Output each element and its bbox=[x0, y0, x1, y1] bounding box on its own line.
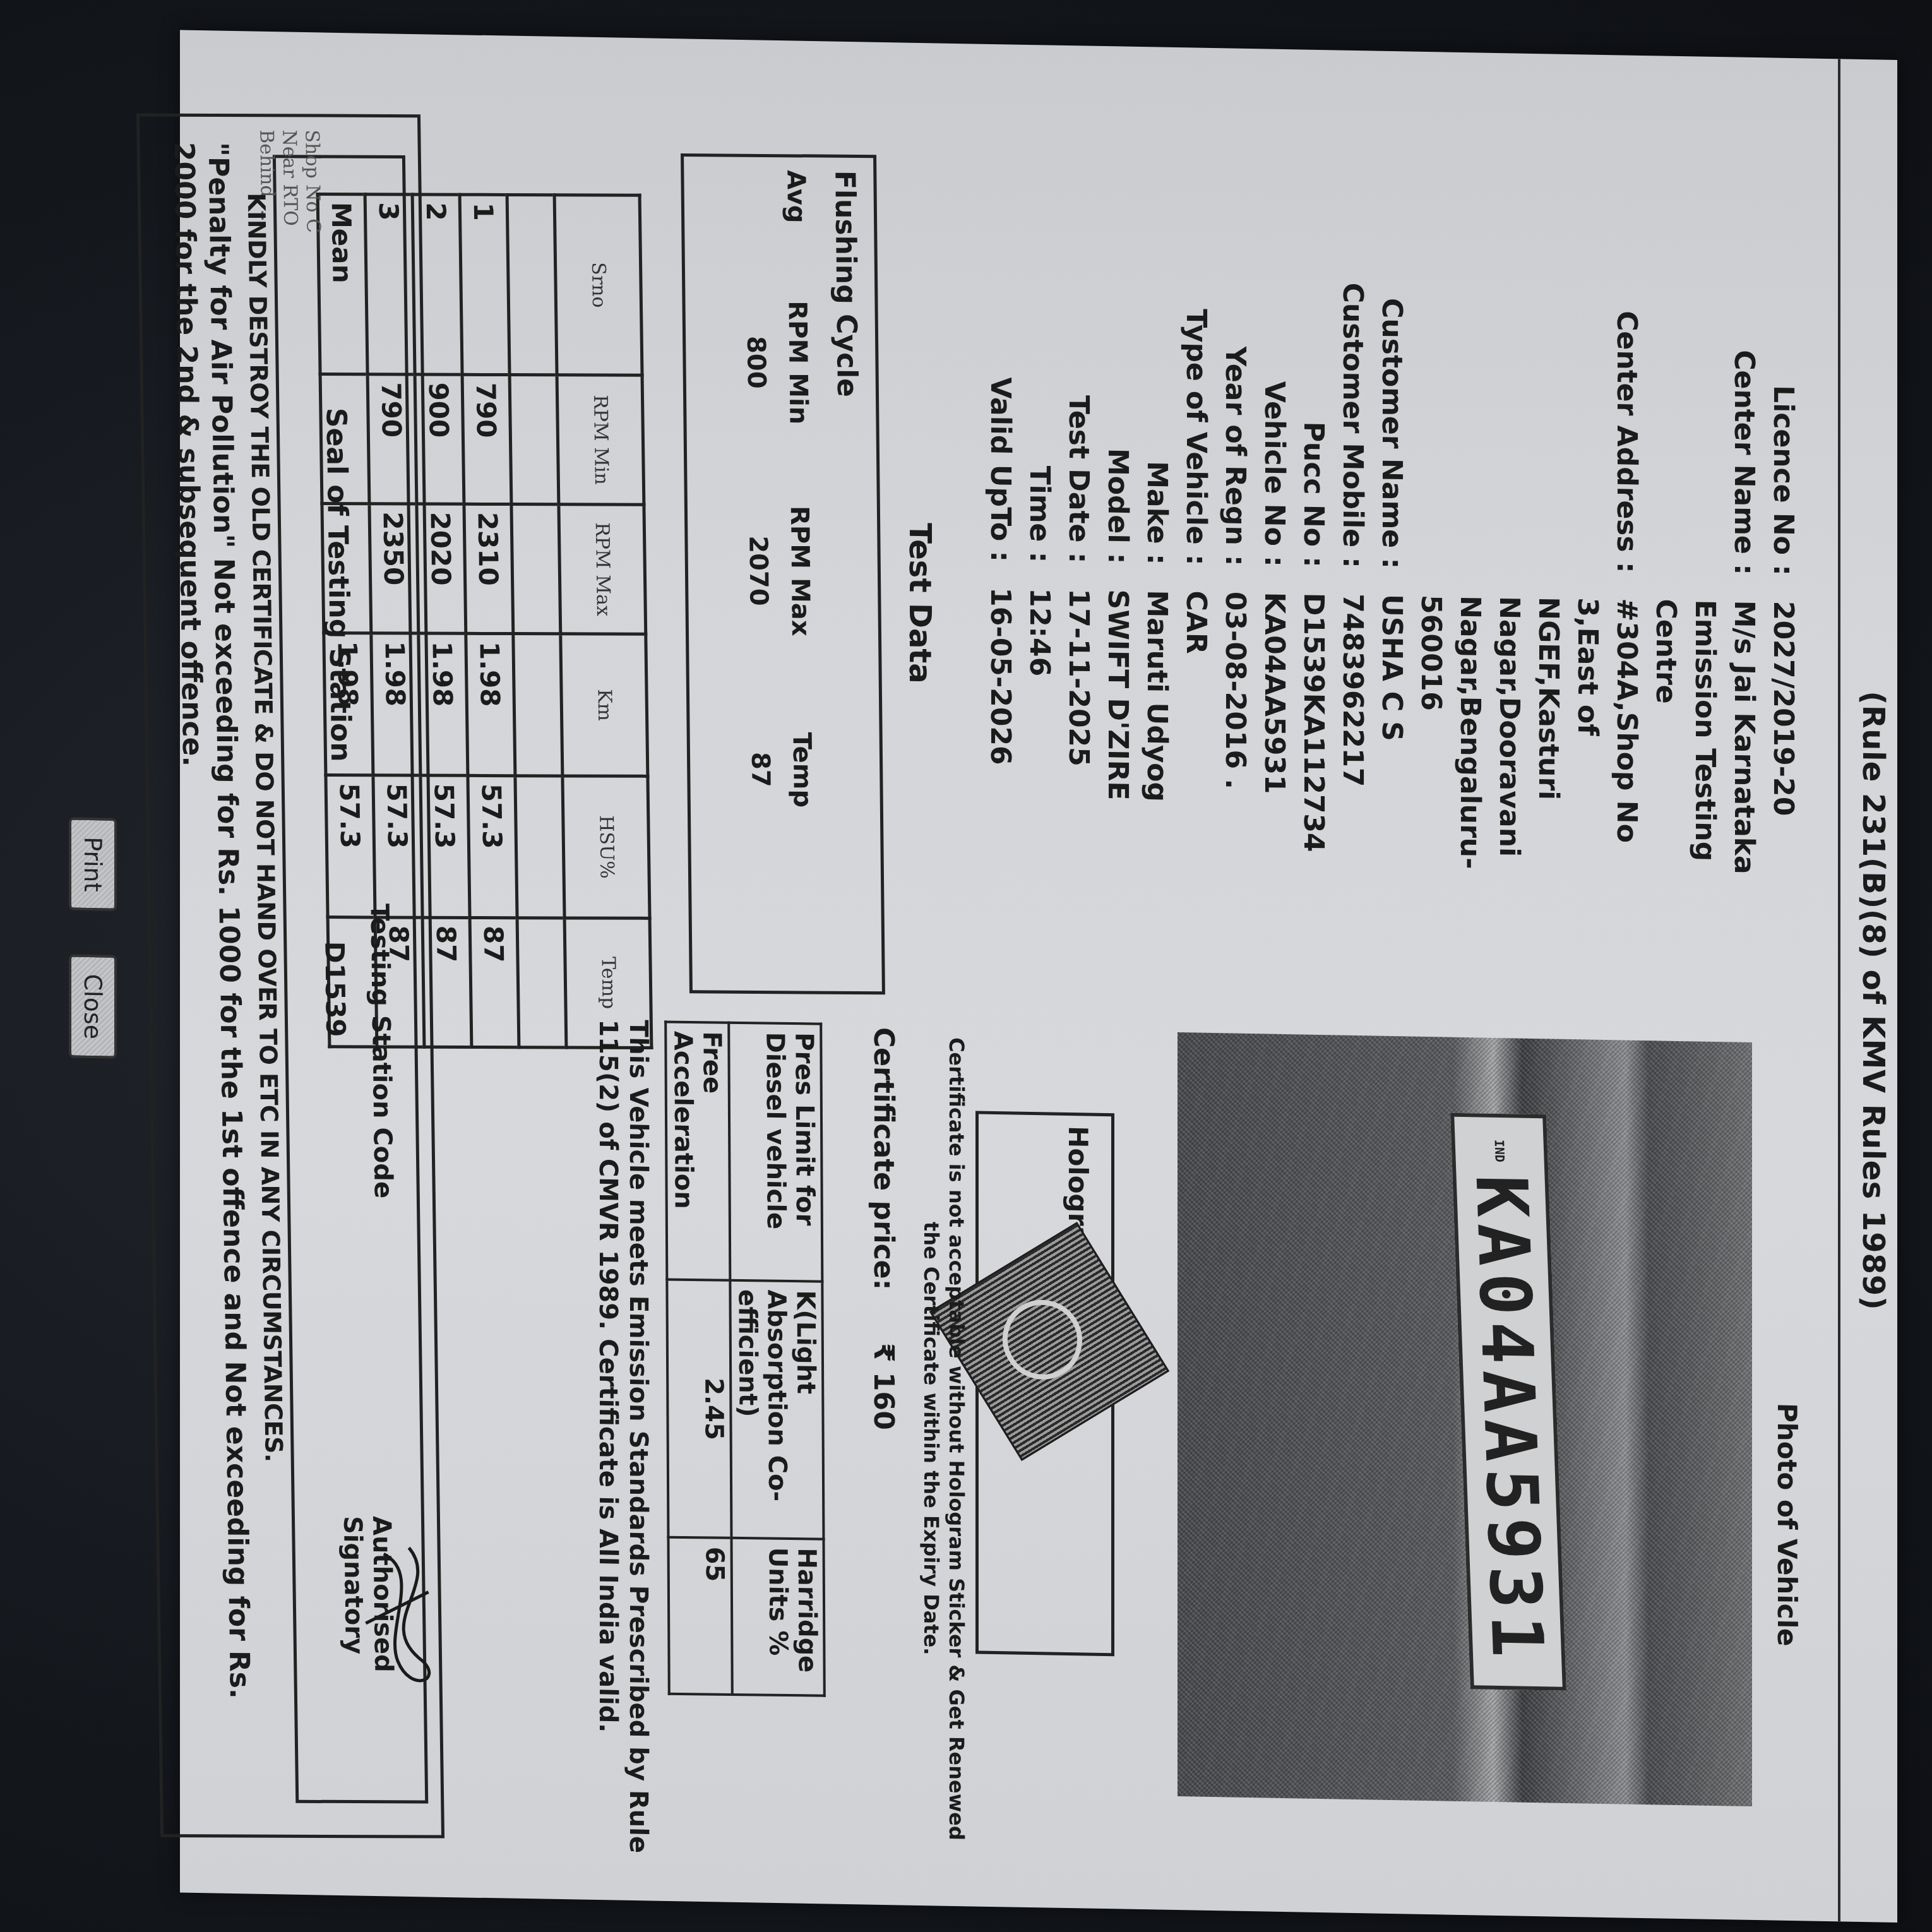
limits-cell: 65 bbox=[668, 1537, 732, 1695]
field-make: Make : Maruti Udyog bbox=[1137, 148, 1176, 1159]
field-pucc-no: Pucc No : D1539KA112734 bbox=[1294, 150, 1333, 1161]
readings-cell bbox=[515, 776, 564, 918]
station-code-label: Testing Station Code bbox=[364, 903, 398, 1198]
hologram-notice: Certificate is not acceptable without Ho… bbox=[919, 1028, 969, 1849]
field-label: Valid UpTo : bbox=[981, 145, 1020, 588]
limits-cell: K(Light Absorption Co-efficient) bbox=[730, 1280, 823, 1539]
readings-cell: 790 bbox=[462, 374, 511, 504]
field-label: Vehicle No : bbox=[1255, 150, 1294, 592]
field-label: Customer Mobile : bbox=[1333, 151, 1372, 593]
field-value: SWIFT D'ZIRE bbox=[1098, 589, 1137, 1158]
top-rule bbox=[1838, 59, 1840, 1921]
readings-cell: 1.98 bbox=[466, 633, 515, 775]
field-label: Make : bbox=[1137, 148, 1176, 590]
certificate-info: Licence No : 2027/2019-20 Center Name : … bbox=[981, 145, 1803, 1170]
readings-cell bbox=[513, 634, 563, 776]
field-test-date: Test Date : 17-11-2025 bbox=[1059, 146, 1098, 1157]
field-label: Licence No : bbox=[1763, 158, 1803, 601]
hologram-sticker-box: Hologram Sticker bbox=[975, 1111, 1114, 1657]
certificate-price: Certificate price: ₹ 160 bbox=[868, 1027, 900, 1431]
diesel-limits-table: Pres Limit for Diesel vehicle K(Light Ab… bbox=[664, 1021, 826, 1697]
station-code: D1539 bbox=[319, 941, 351, 1037]
price-label: Certificate price: bbox=[868, 1027, 900, 1331]
signature-box: Testing Station Code D1539 Authorised Si… bbox=[273, 155, 428, 1803]
col-header: Srno bbox=[554, 195, 642, 376]
flushing-cycle-box: Flushing Cycle Avg RPM Min RPM Max Temp … bbox=[681, 153, 885, 994]
readings-cell: 57.3 bbox=[468, 775, 517, 917]
field-label: Type of Vehicle : bbox=[1176, 148, 1215, 591]
field-value: 17-11-2025 bbox=[1059, 588, 1098, 1157]
compliance-note: This Vehicle meets Emission Standards Pr… bbox=[593, 1019, 653, 1854]
footer-box: Testing Station Code D1539 Authorised Si… bbox=[136, 114, 444, 1839]
field-type-of-vehicle: Type of Vehicle : CAR bbox=[1176, 148, 1215, 1159]
signature-icon bbox=[358, 1535, 449, 1700]
readings-cell bbox=[507, 195, 557, 375]
col-header: HSU% bbox=[563, 776, 650, 919]
field-label: Pucc No : bbox=[1294, 150, 1333, 593]
readings-cell: 1 bbox=[460, 194, 510, 374]
field-value: M/s Jai Karnataka Emission Testing Centr… bbox=[1646, 599, 1763, 948]
field-label: Center Address : bbox=[1411, 153, 1646, 599]
flush-value: 2070 bbox=[742, 467, 773, 675]
limits-row: Pres Limit for Diesel vehicle K(Light Ab… bbox=[729, 1023, 825, 1696]
field-vehicle-no: Vehicle No : KA04AA5931 bbox=[1255, 150, 1294, 1160]
field-time: Time : 12:46 bbox=[1020, 146, 1059, 1157]
readings-cell: 87 bbox=[470, 917, 519, 1047]
flush-header: RPM Min bbox=[782, 258, 813, 467]
flushing-cycle-title: Flushing Cycle bbox=[828, 170, 863, 398]
field-label: Time : bbox=[1020, 146, 1059, 588]
limits-row: Free Acceleration 2.45 65 bbox=[665, 1022, 732, 1695]
field-center-address: Center Address : #304A,Shop No 3,East of… bbox=[1411, 153, 1646, 883]
field-label: Customer Name : bbox=[1372, 152, 1411, 594]
vehicle-photo: IND KA04AA5931 bbox=[1178, 1032, 1752, 1806]
col-header: RPM Min bbox=[557, 375, 644, 505]
limits-cell: Pres Limit for Diesel vehicle bbox=[729, 1023, 822, 1282]
flush-value: 87 bbox=[745, 675, 776, 864]
flush-value bbox=[739, 170, 769, 258]
flush-value: 800 bbox=[741, 258, 772, 467]
field-value: Maruti Udyog bbox=[1137, 590, 1176, 1159]
field-model: Model : SWIFT D'ZIRE bbox=[1098, 147, 1137, 1158]
field-year-of-regn: Year of Regn : 03-08-2016 . bbox=[1215, 149, 1255, 1160]
field-value: 2027/2019-20 bbox=[1763, 600, 1803, 1169]
field-label: Year of Regn : bbox=[1215, 149, 1255, 592]
photo-title: Photo of Vehicle bbox=[1772, 1403, 1803, 1647]
field-label: Center Name : bbox=[1646, 157, 1763, 600]
field-valid-upto: Valid UpTo : 16-05-2026 bbox=[981, 145, 1020, 1156]
readings-header-row: Srno RPM Min RPM Max Km HSU% Temp bbox=[554, 195, 652, 1048]
flush-header: Temp bbox=[787, 675, 818, 864]
test-data-title: Test Data bbox=[902, 522, 938, 684]
field-center-name: Center Name : M/s Jai Karnataka Emission… bbox=[1646, 157, 1763, 948]
flush-header: RPM Max bbox=[784, 467, 815, 675]
field-value: #304A,Shop No 3,East of NGEF,Kasturi Nag… bbox=[1411, 595, 1646, 883]
seal-label: Seal of Testing Station bbox=[319, 408, 357, 762]
readings-cell bbox=[517, 918, 566, 1047]
readings-cell bbox=[510, 375, 559, 504]
readings-cell bbox=[511, 504, 561, 634]
field-value: 12:46 bbox=[1020, 588, 1059, 1157]
field-value: 16-05-2026 bbox=[981, 587, 1020, 1156]
penalty-text: "Penalty for Air Pollution" Not exceedin… bbox=[167, 142, 258, 1784]
limits-cell: Free Acceleration bbox=[665, 1022, 730, 1280]
field-customer-name: Customer Name : USHA C S bbox=[1372, 152, 1411, 1162]
price-value: ₹ 160 bbox=[868, 1330, 900, 1431]
flush-header: Avg bbox=[781, 170, 811, 258]
col-header: Km bbox=[561, 634, 648, 777]
close-button[interactable]: Close bbox=[69, 955, 117, 1059]
field-label: Test Date : bbox=[1059, 146, 1098, 589]
limits-cell: Harridge Units % bbox=[731, 1538, 824, 1696]
flushing-cycle-grid: Avg RPM Min RPM Max Temp 800 2070 87 bbox=[739, 170, 818, 979]
field-licence-no: Licence No : 2027/2019-20 bbox=[1763, 158, 1803, 1169]
readings-cell: 2310 bbox=[464, 504, 513, 633]
action-buttons: Print Close bbox=[69, 817, 117, 1058]
plate-country-code: IND bbox=[1493, 1140, 1507, 1163]
number-plate: IND KA04AA5931 bbox=[1450, 1113, 1566, 1691]
plate-number: KA04AA5931 bbox=[1459, 1174, 1558, 1665]
field-label: Model : bbox=[1098, 147, 1137, 590]
puc-certificate: (Rule 231(B)(8) of KMV Rules 1989) Licen… bbox=[180, 30, 1897, 1923]
rule-heading: (Rule 231(B)(8) of KMV Rules 1989) bbox=[1856, 691, 1891, 1311]
field-customer-mobile: Customer Mobile : 7483962217 bbox=[1333, 151, 1372, 1162]
col-header: RPM Max bbox=[559, 504, 646, 635]
print-button[interactable]: Print bbox=[69, 817, 117, 911]
limits-cell: 2.45 bbox=[667, 1280, 731, 1538]
